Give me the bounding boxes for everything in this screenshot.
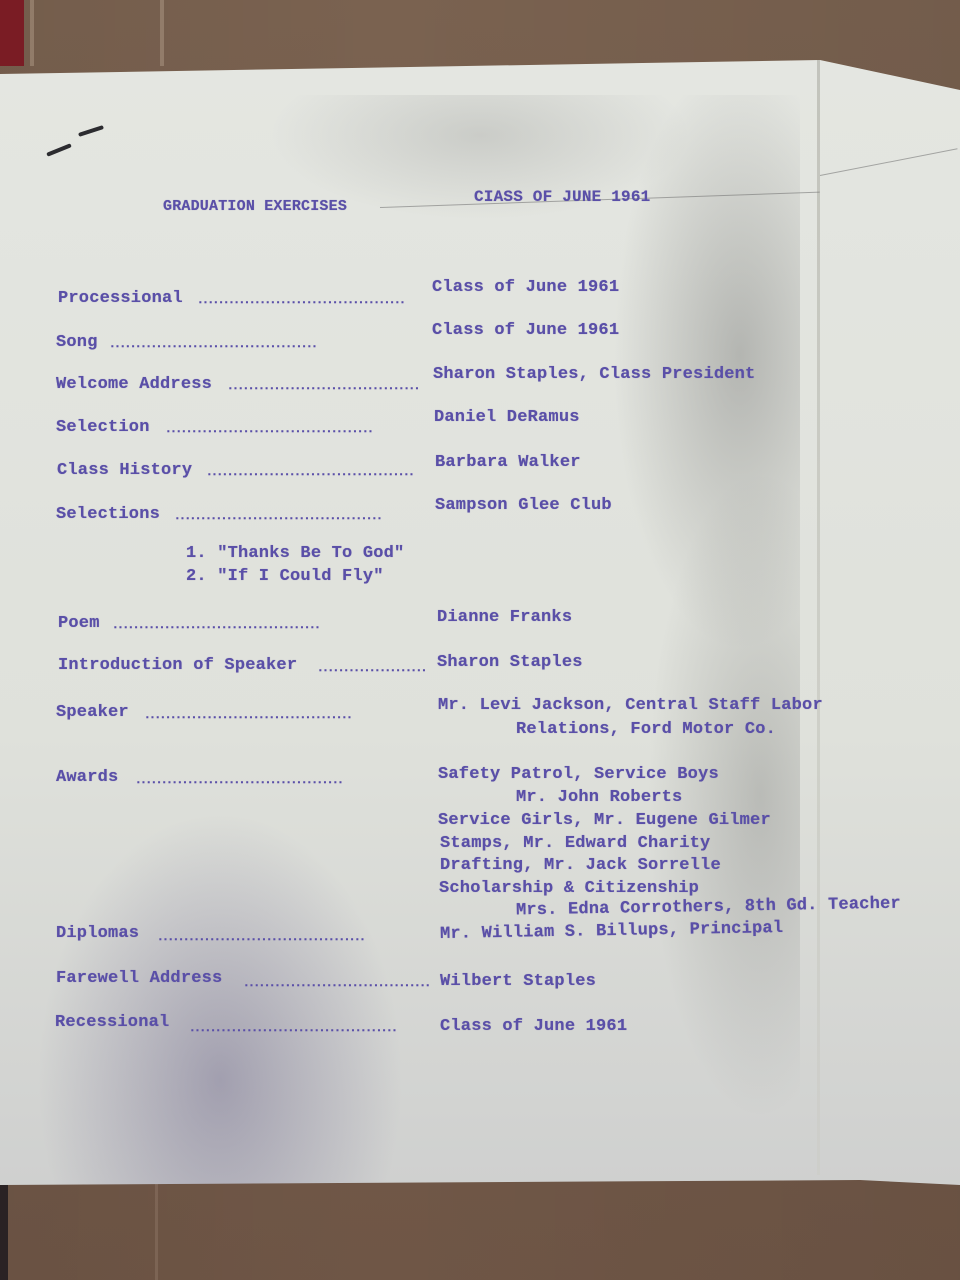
program-item-label: Song (56, 333, 98, 352)
program-item-label: Awards (56, 768, 118, 787)
program-item-performer: Barbara Walker (435, 453, 581, 472)
leader-dots: ․․․․․․․․․․․․․․․․․․․․․․․․․․․․․․․․․․․․․․․․ (175, 507, 420, 524)
program-item-performer: Safety Patrol, Service Boys (438, 765, 719, 784)
program-item-performer: Sharon Staples (437, 653, 583, 672)
program-document: GRADUATION EXERCISES CIASS OF JUNE 1961 … (0, 0, 960, 1280)
selection-song: 1. "Thanks Be To God" (186, 544, 404, 563)
program-item-performer: Class of June 1961 (432, 321, 619, 340)
award-line: Drafting, Mr. Jack Sorrelle (440, 856, 721, 875)
document-title: GRADUATION EXERCISES (163, 198, 347, 215)
leader-dots: ․․․․․․․․․․․․․․․․․․․․․․․․․․․․․․․․․․․․․․․․ (158, 928, 430, 945)
document-class-heading: CIASS OF JUNE 1961 (474, 188, 650, 206)
award-line: Scholarship & Citizenship (439, 879, 699, 898)
program-item-label: Recessional (55, 1013, 169, 1032)
program-item-label: Welcome Address (56, 375, 212, 394)
leader-dots: ․․․․․․․․․․․․․․․․․․․․․․․․․․․․․․․․․․․․․․․․ (207, 463, 420, 480)
program-item-performer: Dianne Franks (437, 608, 572, 627)
program-item-performer: Sharon Staples, Class President (433, 365, 755, 384)
program-item-label: Selection (56, 418, 150, 437)
program-item-label: Speaker (56, 703, 129, 722)
leader-dots: ․․․․․․․․․․․․․․․․․․․․․․․․․․․․․․․․․․․․․․․․ (113, 616, 425, 633)
leader-dots: ․․․․․․․․․․․․․․․․․․․․․․․․․․․․․․․․․․․․․․․․ (198, 291, 420, 308)
program-item-performer: Class of June 1961 (432, 278, 619, 297)
leader-dots: ․․․․․․․․․․․․․․․․․․․․․․․․․․․․․․․․․․․․․․․․ (190, 1019, 430, 1036)
program-item-performer: Mr. Levi Jackson, Central Staff Labor (438, 696, 823, 715)
program-item-performer: Wilbert Staples (440, 972, 596, 991)
leader-dots: ․․․․․․․․․․․․․․․․․․․․․․․․․․․․․․․․․․․․․․․․ (136, 771, 425, 788)
program-item-label: Selections (56, 505, 160, 524)
selection-song: 2. "If I Could Fly" (186, 567, 384, 586)
program-item-performer: Class of June 1961 (440, 1017, 627, 1036)
leader-dots: ․․․․․․․․․․․․․․․․․․․․․․․․․․․․․․․․․․․․․․․․ (318, 659, 425, 676)
leader-dots: ․․․․․․․․․․․․․․․․․․․․․․․․․․․․․․․․․․․․․․․․ (145, 706, 425, 723)
award-line: Mrs. Edna Corrothers, 8th Gd. Teacher (516, 895, 901, 921)
program-item-performer-continued: Relations, Ford Motor Co. (516, 720, 776, 739)
program-item-label: Processional (58, 289, 183, 308)
program-item-label: Diplomas (56, 924, 139, 943)
program-item-label: Farewell Address (56, 969, 222, 988)
program-item-label: Poem (58, 614, 100, 633)
award-line: Service Girls, Mr. Eugene Gilmer (438, 811, 771, 830)
leader-dots: ․․․․․․․․․․․․․․․․․․․․․․․․․․․․․․․․․․․․․․․․ (110, 335, 420, 352)
program-item-performer: Sampson Glee Club (435, 496, 612, 515)
award-line: Mr. John Roberts (516, 788, 682, 807)
program-item-label: Class History (57, 461, 192, 480)
leader-dots: ․․․․․․․․․․․․․․․․․․․․․․․․․․․․․․․․․․․․․․․․ (244, 974, 430, 991)
program-item-performer: Daniel DeRamus (434, 408, 580, 427)
program-item-label: Introduction of Speaker (58, 656, 297, 675)
leader-dots: ․․․․․․․․․․․․․․․․․․․․․․․․․․․․․․․․․․․․․․․․ (228, 377, 420, 394)
leader-dots: ․․․․․․․․․․․․․․․․․․․․․․․․․․․․․․․․․․․․․․․․ (166, 420, 420, 437)
award-line: Stamps, Mr. Edward Charity (440, 834, 710, 853)
program-item-performer: Mr. William S. Billups, Principal (440, 919, 784, 944)
